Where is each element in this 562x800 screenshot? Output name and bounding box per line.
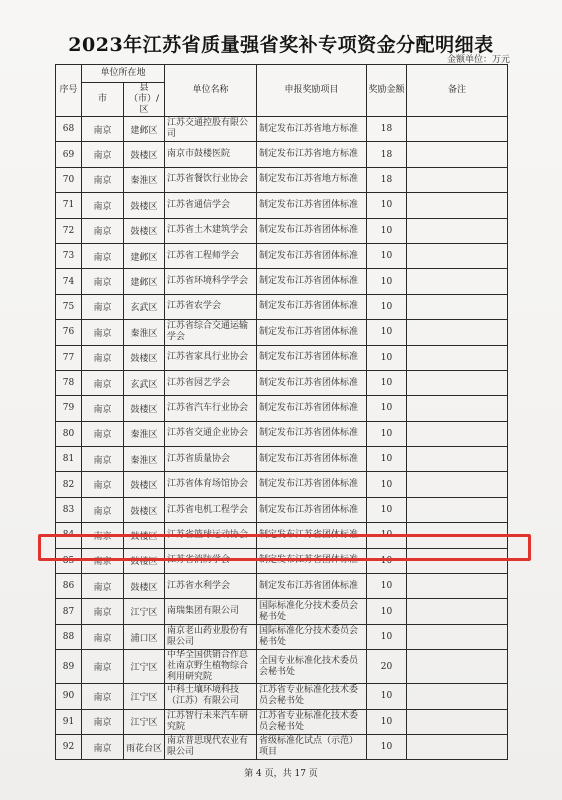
table-row: 70南京秦淮区江苏省餐饮行业协会制定发布江苏省地方标准18 bbox=[56, 167, 508, 192]
table-row: 81南京秦淮区江苏省质量协会制定发布江苏省团体标准10 bbox=[56, 447, 508, 472]
cell-project: 制定发布江苏省团体标准 bbox=[257, 320, 367, 345]
cell-unit-name: 江苏交通控股有限公司 bbox=[165, 117, 257, 142]
cell-amount: 10 bbox=[367, 447, 407, 472]
cell-remark bbox=[407, 370, 508, 395]
cell-amount: 10 bbox=[367, 548, 407, 573]
cell-project: 江苏省专业标准化技术委员会秘书处 bbox=[257, 709, 367, 734]
cell-project: 制定发布江苏省团体标准 bbox=[257, 193, 367, 218]
cell-amount: 10 bbox=[367, 243, 407, 268]
cell-remark bbox=[407, 523, 508, 548]
cell-seq: 73 bbox=[56, 243, 82, 268]
table-row: 77南京鼓楼区江苏省家具行业协会制定发布江苏省团体标准10 bbox=[56, 345, 508, 370]
cell-city: 南京 bbox=[82, 193, 124, 218]
table-row: 91南京江宁区江苏智行未来汽车研究院江苏省专业标准化技术委员会秘书处10 bbox=[56, 709, 508, 734]
cell-remark bbox=[407, 599, 508, 624]
cell-city: 南京 bbox=[82, 396, 124, 421]
cell-seq: 90 bbox=[56, 684, 82, 709]
cell-seq: 74 bbox=[56, 269, 82, 294]
table-row: 74南京建邺区江苏省环境科学学会制定发布江苏省团体标准10 bbox=[56, 269, 508, 294]
cell-amount: 10 bbox=[367, 684, 407, 709]
cell-seq: 83 bbox=[56, 497, 82, 522]
table-row-highlighted: 85南京鼓楼区江苏省消防学会制定发布江苏省团体标准10 bbox=[56, 548, 508, 573]
table-row: 69南京鼓楼区南京市鼓楼医院制定发布江苏省地方标准18 bbox=[56, 142, 508, 167]
cell-city: 南京 bbox=[82, 709, 124, 734]
cell-remark bbox=[407, 320, 508, 345]
cell-district: 江宁区 bbox=[124, 709, 165, 734]
header-location-group: 单位所在地 bbox=[82, 65, 165, 83]
cell-seq: 89 bbox=[56, 650, 82, 684]
cell-project: 制定发布江苏省地方标准 bbox=[257, 142, 367, 167]
cell-city: 南京 bbox=[82, 370, 124, 395]
table-row: 89南京江宁区中华全国供销合作总社南京野生植物综合利用研究院全国专业标准化技术委… bbox=[56, 650, 508, 684]
table-row: 87南京江宁区南瑞集团有限公司国际标准化分技术委员会秘书处10 bbox=[56, 599, 508, 624]
cell-project: 国际标准化分技术委员会秘书处 bbox=[257, 624, 367, 649]
cell-district: 鼓楼区 bbox=[124, 472, 165, 497]
cell-project: 制定发布江苏省团体标准 bbox=[257, 345, 367, 370]
cell-amount: 10 bbox=[367, 421, 407, 446]
cell-remark bbox=[407, 650, 508, 684]
cell-remark bbox=[407, 497, 508, 522]
cell-amount: 10 bbox=[367, 269, 407, 294]
cell-amount: 10 bbox=[367, 193, 407, 218]
header-district: 县（市）/区 bbox=[124, 83, 165, 117]
cell-remark bbox=[407, 294, 508, 319]
cell-city: 南京 bbox=[82, 269, 124, 294]
cell-amount: 10 bbox=[367, 574, 407, 599]
header-name: 单位名称 bbox=[165, 65, 257, 117]
cell-seq: 80 bbox=[56, 421, 82, 446]
cell-city: 南京 bbox=[82, 599, 124, 624]
cell-district: 秦淮区 bbox=[124, 167, 165, 192]
cell-remark bbox=[407, 421, 508, 446]
cell-project: 制定发布江苏省团体标准 bbox=[257, 370, 367, 395]
cell-amount: 10 bbox=[367, 497, 407, 522]
cell-seq: 78 bbox=[56, 370, 82, 395]
cell-district: 江宁区 bbox=[124, 684, 165, 709]
cell-unit-name: 南京老山药业股份有限公司 bbox=[165, 624, 257, 649]
cell-remark bbox=[407, 548, 508, 573]
cell-remark bbox=[407, 624, 508, 649]
cell-unit-name: 江苏省体育场馆协会 bbox=[165, 472, 257, 497]
cell-project: 国际标准化分技术委员会秘书处 bbox=[257, 599, 367, 624]
cell-amount: 10 bbox=[367, 624, 407, 649]
page-number: 第 4 页，共 17 页 bbox=[0, 766, 562, 779]
cell-project: 制定发布江苏省地方标准 bbox=[257, 117, 367, 142]
cell-project: 制定发布江苏省团体标准 bbox=[257, 294, 367, 319]
cell-amount: 18 bbox=[367, 142, 407, 167]
cell-amount: 10 bbox=[367, 709, 407, 734]
cell-city: 南京 bbox=[82, 497, 124, 522]
table-row: 84南京鼓楼区江苏省篮球运动协会制定发布江苏省团体标准10 bbox=[56, 523, 508, 548]
cell-unit-name: 江苏省农学会 bbox=[165, 294, 257, 319]
cell-project: 制定发布江苏省团体标准 bbox=[257, 243, 367, 268]
cell-amount: 10 bbox=[367, 396, 407, 421]
header-amount: 奖励金额 bbox=[367, 65, 407, 117]
cell-city: 南京 bbox=[82, 320, 124, 345]
cell-district: 玄武区 bbox=[124, 294, 165, 319]
cell-seq: 84 bbox=[56, 523, 82, 548]
cell-district: 雨花台区 bbox=[124, 734, 165, 759]
cell-unit-name: 江苏省环境科学学会 bbox=[165, 269, 257, 294]
cell-district: 建邺区 bbox=[124, 269, 165, 294]
cell-unit-name: 南瑞集团有限公司 bbox=[165, 599, 257, 624]
cell-seq: 72 bbox=[56, 218, 82, 243]
cell-city: 南京 bbox=[82, 142, 124, 167]
cell-city: 南京 bbox=[82, 650, 124, 684]
cell-district: 鼓楼区 bbox=[124, 193, 165, 218]
cell-amount: 10 bbox=[367, 294, 407, 319]
cell-remark bbox=[407, 396, 508, 421]
cell-project: 制定发布江苏省团体标准 bbox=[257, 218, 367, 243]
cell-unit-name: 江苏省电机工程学会 bbox=[165, 497, 257, 522]
cell-seq: 85 bbox=[56, 548, 82, 573]
cell-unit-name: 南京普思现代农业有限公司 bbox=[165, 734, 257, 759]
cell-remark bbox=[407, 734, 508, 759]
cell-unit-name: 江苏省水利学会 bbox=[165, 574, 257, 599]
cell-unit-name: 江苏省篮球运动协会 bbox=[165, 523, 257, 548]
table-row: 90南京江宁区中科土壤环境科技（江苏）有限公司江苏省专业标准化技术委员会秘书处1… bbox=[56, 684, 508, 709]
cell-district: 建邺区 bbox=[124, 243, 165, 268]
cell-remark bbox=[407, 447, 508, 472]
cell-city: 南京 bbox=[82, 574, 124, 599]
cell-district: 秦淮区 bbox=[124, 421, 165, 446]
cell-project: 制定发布江苏省团体标准 bbox=[257, 574, 367, 599]
cell-city: 南京 bbox=[82, 294, 124, 319]
header-project: 申报奖励项目 bbox=[257, 65, 367, 117]
cell-unit-name: 江苏省交通企业协会 bbox=[165, 421, 257, 446]
cell-unit-name: 中华全国供销合作总社南京野生植物综合利用研究院 bbox=[165, 650, 257, 684]
cell-district: 玄武区 bbox=[124, 370, 165, 395]
cell-unit-name: 江苏省餐饮行业协会 bbox=[165, 167, 257, 192]
cell-remark bbox=[407, 345, 508, 370]
cell-remark bbox=[407, 243, 508, 268]
table-row: 82南京鼓楼区江苏省体育场馆协会制定发布江苏省团体标准10 bbox=[56, 472, 508, 497]
cell-seq: 70 bbox=[56, 167, 82, 192]
header-seq: 序号 bbox=[56, 65, 82, 117]
cell-unit-name: 江苏省园艺学会 bbox=[165, 370, 257, 395]
cell-seq: 68 bbox=[56, 117, 82, 142]
cell-remark bbox=[407, 218, 508, 243]
cell-project: 制定发布江苏省团体标准 bbox=[257, 421, 367, 446]
table-row: 92南京雨花台区南京普思现代农业有限公司省级标准化试点（示范）项目10 bbox=[56, 734, 508, 759]
cell-district: 鼓楼区 bbox=[124, 142, 165, 167]
table-row: 78南京玄武区江苏省园艺学会制定发布江苏省团体标准10 bbox=[56, 370, 508, 395]
cell-remark bbox=[407, 684, 508, 709]
cell-unit-name: 江苏省土木建筑学会 bbox=[165, 218, 257, 243]
cell-project: 制定发布江苏省团体标准 bbox=[257, 269, 367, 294]
cell-city: 南京 bbox=[82, 447, 124, 472]
cell-district: 鼓楼区 bbox=[124, 574, 165, 599]
table-row: 76南京秦淮区江苏省综合交通运输学会制定发布江苏省团体标准10 bbox=[56, 320, 508, 345]
cell-seq: 87 bbox=[56, 599, 82, 624]
cell-remark bbox=[407, 472, 508, 497]
cell-seq: 79 bbox=[56, 396, 82, 421]
table-row: 86南京鼓楼区江苏省水利学会制定发布江苏省团体标准10 bbox=[56, 574, 508, 599]
header-city: 市 bbox=[82, 83, 124, 117]
cell-seq: 75 bbox=[56, 294, 82, 319]
cell-amount: 10 bbox=[367, 320, 407, 345]
cell-project: 制定发布江苏省团体标准 bbox=[257, 548, 367, 573]
cell-city: 南京 bbox=[82, 523, 124, 548]
cell-city: 南京 bbox=[82, 117, 124, 142]
cell-project: 制定发布江苏省团体标准 bbox=[257, 396, 367, 421]
cell-unit-name: 江苏省汽车行业协会 bbox=[165, 396, 257, 421]
cell-project: 制定发布江苏省团体标准 bbox=[257, 523, 367, 548]
cell-remark bbox=[407, 117, 508, 142]
cell-project: 制定发布江苏省地方标准 bbox=[257, 167, 367, 192]
cell-city: 南京 bbox=[82, 734, 124, 759]
cell-seq: 71 bbox=[56, 193, 82, 218]
cell-district: 江宁区 bbox=[124, 650, 165, 684]
cell-seq: 81 bbox=[56, 447, 82, 472]
cell-seq: 88 bbox=[56, 624, 82, 649]
cell-project: 江苏省专业标准化技术委员会秘书处 bbox=[257, 684, 367, 709]
cell-unit-name: 南京市鼓楼医院 bbox=[165, 142, 257, 167]
cell-project: 全国专业标准化技术委员会秘书处 bbox=[257, 650, 367, 684]
cell-seq: 92 bbox=[56, 734, 82, 759]
cell-remark bbox=[407, 193, 508, 218]
cell-unit-name: 江苏省通信学会 bbox=[165, 193, 257, 218]
cell-remark bbox=[407, 269, 508, 294]
cell-unit-name: 江苏省工程师学会 bbox=[165, 243, 257, 268]
cell-unit-name: 江苏省消防学会 bbox=[165, 548, 257, 573]
cell-seq: 76 bbox=[56, 320, 82, 345]
cell-unit-name: 江苏省质量协会 bbox=[165, 447, 257, 472]
document-page: 2023年江苏省质量强省奖补专项资金分配明细表 金额单位：万元 序号 单位所在地… bbox=[0, 0, 562, 800]
cell-district: 鼓楼区 bbox=[124, 497, 165, 522]
cell-seq: 69 bbox=[56, 142, 82, 167]
cell-amount: 18 bbox=[367, 117, 407, 142]
cell-city: 南京 bbox=[82, 243, 124, 268]
cell-project: 制定发布江苏省团体标准 bbox=[257, 497, 367, 522]
cell-city: 南京 bbox=[82, 345, 124, 370]
cell-city: 南京 bbox=[82, 167, 124, 192]
table-row: 83南京鼓楼区江苏省电机工程学会制定发布江苏省团体标准10 bbox=[56, 497, 508, 522]
cell-remark bbox=[407, 167, 508, 192]
table-row: 88南京浦口区南京老山药业股份有限公司国际标准化分技术委员会秘书处10 bbox=[56, 624, 508, 649]
cell-amount: 10 bbox=[367, 218, 407, 243]
table-row: 71南京鼓楼区江苏省通信学会制定发布江苏省团体标准10 bbox=[56, 193, 508, 218]
cell-district: 秦淮区 bbox=[124, 320, 165, 345]
cell-seq: 82 bbox=[56, 472, 82, 497]
cell-amount: 10 bbox=[367, 599, 407, 624]
cell-remark bbox=[407, 709, 508, 734]
cell-district: 江宁区 bbox=[124, 599, 165, 624]
cell-amount: 10 bbox=[367, 523, 407, 548]
cell-city: 南京 bbox=[82, 472, 124, 497]
cell-project: 制定发布江苏省团体标准 bbox=[257, 447, 367, 472]
table-row: 79南京鼓楼区江苏省汽车行业协会制定发布江苏省团体标准10 bbox=[56, 396, 508, 421]
table-row: 72南京鼓楼区江苏省土木建筑学会制定发布江苏省团体标准10 bbox=[56, 218, 508, 243]
header-remark: 备注 bbox=[407, 65, 508, 117]
allocation-table: 序号 单位所在地 单位名称 申报奖励项目 奖励金额 备注 市 县（市）/区 68… bbox=[55, 64, 508, 760]
cell-remark bbox=[407, 142, 508, 167]
table-row: 73南京建邺区江苏省工程师学会制定发布江苏省团体标准10 bbox=[56, 243, 508, 268]
cell-project: 制定发布江苏省团体标准 bbox=[257, 472, 367, 497]
cell-seq: 77 bbox=[56, 345, 82, 370]
cell-amount: 10 bbox=[367, 734, 407, 759]
cell-district: 浦口区 bbox=[124, 624, 165, 649]
cell-remark bbox=[407, 574, 508, 599]
cell-amount: 10 bbox=[367, 345, 407, 370]
cell-district: 鼓楼区 bbox=[124, 218, 165, 243]
cell-district: 鼓楼区 bbox=[124, 523, 165, 548]
table-row: 68南京建邺区江苏交通控股有限公司制定发布江苏省地方标准18 bbox=[56, 117, 508, 142]
table-body: 68南京建邺区江苏交通控股有限公司制定发布江苏省地方标准1869南京鼓楼区南京市… bbox=[56, 117, 508, 760]
cell-city: 南京 bbox=[82, 421, 124, 446]
cell-amount: 18 bbox=[367, 167, 407, 192]
cell-seq: 86 bbox=[56, 574, 82, 599]
cell-unit-name: 江苏省家具行业协会 bbox=[165, 345, 257, 370]
cell-unit-name: 江苏省综合交通运输学会 bbox=[165, 320, 257, 345]
cell-district: 秦淮区 bbox=[124, 447, 165, 472]
cell-city: 南京 bbox=[82, 684, 124, 709]
cell-district: 鼓楼区 bbox=[124, 345, 165, 370]
cell-district: 鼓楼区 bbox=[124, 396, 165, 421]
table-row: 80南京秦淮区江苏省交通企业协会制定发布江苏省团体标准10 bbox=[56, 421, 508, 446]
cell-unit-name: 中科土壤环境科技（江苏）有限公司 bbox=[165, 684, 257, 709]
cell-district: 建邺区 bbox=[124, 117, 165, 142]
cell-amount: 10 bbox=[367, 472, 407, 497]
table-row: 75南京玄武区江苏省农学会制定发布江苏省团体标准10 bbox=[56, 294, 508, 319]
cell-district: 鼓楼区 bbox=[124, 548, 165, 573]
cell-seq: 91 bbox=[56, 709, 82, 734]
cell-city: 南京 bbox=[82, 624, 124, 649]
cell-unit-name: 江苏智行未来汽车研究院 bbox=[165, 709, 257, 734]
cell-city: 南京 bbox=[82, 548, 124, 573]
cell-project: 省级标准化试点（示范）项目 bbox=[257, 734, 367, 759]
cell-amount: 20 bbox=[367, 650, 407, 684]
cell-city: 南京 bbox=[82, 218, 124, 243]
cell-amount: 10 bbox=[367, 370, 407, 395]
